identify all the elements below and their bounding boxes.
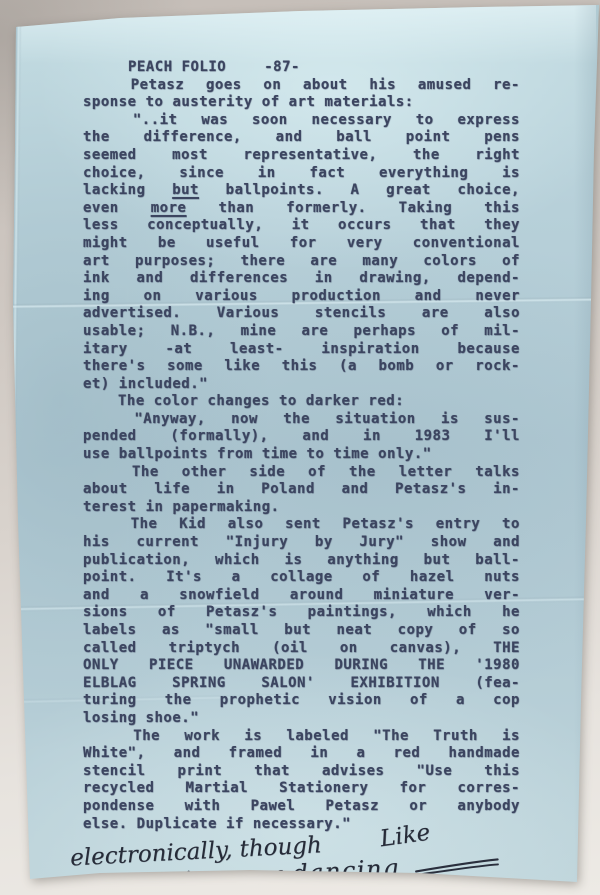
typed-word: labeled [286,728,349,746]
typed-word: pondense [83,798,154,816]
typed-word: situation [335,411,415,429]
typed-word: even [83,200,119,218]
typed-word: in [315,270,333,288]
typed-word: are [302,323,329,341]
typed-word: bomb [379,358,415,376]
typed-line: calledtriptych(oiloncanvas),THE [83,640,520,658]
typed-word: choice, [83,165,146,183]
typed-line: ingonvariousproductionandnever [83,288,520,306]
typed-line: Petaszgoesonabouthisamusedre- [83,77,520,95]
typed-word: Poland [261,481,315,499]
typed-line: inkanddifferencesindrawing,depend- [83,270,520,288]
typed-word: of [262,94,280,112]
typed-word: -at [165,341,192,359]
typed-word: anything [327,552,398,570]
typed-word: stencils [315,305,386,323]
typed-line: andasnowfieldaroundminiaturever- [83,587,520,605]
typed-word: express [457,112,520,130]
typed-line: advertised.Variousstencilsarealso [83,305,520,323]
typed-word: most [172,147,208,165]
typed-word: Truth [433,728,478,746]
typed-word: N.B., [171,323,216,341]
typed-word: from [217,446,253,464]
paper-shadow: PEACH FOLIO -87- Petaszgoesonabouthisamu… [0,0,600,895]
typed-word: of [441,323,459,341]
typed-word: the [83,129,110,147]
typed-line: evenmorethanformerly.Takingthis [83,200,520,218]
typed-word: which [427,604,472,622]
typed-word: about [83,481,128,499]
typed-line: sionsofPetasz'spaintings,whichhe [83,604,520,622]
typed-word: vision [328,692,382,710]
typed-word: nuts [484,569,520,587]
typed-word: It's [166,569,202,587]
typed-word: and [83,587,110,605]
paragraph-indent [83,516,109,534]
typed-word: if [226,816,244,834]
typed-word: that [420,217,456,235]
letter-page: PEACH FOLIO -87- Petaszgoesonabouthisamu… [0,0,600,895]
typed-word: Kid [179,516,206,534]
typed-word: inspiration [321,341,419,359]
typed-word: canvas), [390,640,461,658]
typed-word: or [436,358,454,376]
typed-word: Stationery [279,780,368,798]
fold-crease-vertical [6,24,21,870]
typed-word: miniature [374,587,454,605]
typed-word: advises [322,763,385,781]
typed-word: the [349,464,376,482]
typed-word: 1983 [415,428,451,446]
typed-word: materials: [324,94,413,112]
typed-word: be [158,235,176,253]
typed-word: and [415,288,442,306]
typed-word: of [308,464,326,482]
paragraph-indent [83,464,109,482]
typed-line: turingthepropheticvisionofacop [83,692,520,710]
typed-word: but [424,552,451,570]
typed-word: are [422,305,449,323]
typed-word: labels [83,622,137,640]
typed-word: they [484,217,520,235]
typed-word: Petasz's [206,604,277,622]
typed-word: choice, [457,182,520,200]
typed-word: snowfield [179,587,259,605]
typed-word: art [289,94,316,112]
typed-word: ELBLAG [83,675,137,693]
typed-word: color [154,393,199,411]
typed-word: and [136,270,163,288]
typed-word: hazel [410,569,455,587]
typed-line: "..itwassoonnecessarytoexpress [83,112,520,130]
typed-word: "Injury [226,534,289,552]
typed-word: Taking [399,200,453,218]
paragraph-indent [83,112,109,130]
typed-line: TheKidalsosentPetasz'sentryto [83,516,520,534]
typed-word: of [410,692,428,710]
typed-word: with [185,798,221,816]
paragraph-indent [83,728,109,746]
typed-word: various [195,288,258,306]
typed-word: letter [399,464,453,482]
typed-word: time [333,446,369,464]
typed-word: sponse [83,94,137,112]
typed-word: collage [270,569,333,587]
typed-word: pended [83,428,137,446]
typed-word: in [146,499,164,517]
typed-word: conceptually, [147,217,263,235]
typed-word: art [83,253,110,271]
typed-word: "small [205,622,259,640]
typed-word: in- [493,481,520,499]
typed-word: amused [418,77,472,95]
typed-word: austerity [172,94,252,112]
typed-word: The [131,516,158,534]
typed-word: his [83,534,110,552]
typed-word: to [416,112,434,130]
typed-word: necessary [312,112,392,130]
typed-word: on [340,640,358,658]
typed-word: changes [207,393,270,411]
typed-word: the [413,147,440,165]
typed-line: aboutlifeinPolandandPetasz'sin- [83,481,520,499]
typed-word: is [244,728,262,746]
typed-word: ing [83,288,110,306]
typed-word: Martial [186,780,249,798]
typed-word: everything [379,165,468,183]
typed-line: itary-atleast-inspirationbecause [83,341,520,359]
typed-line: pondensewithPawelPetaszoranybody [83,798,520,816]
typed-word: less [83,217,119,235]
typed-word: many [362,253,398,271]
typed-word: but [172,182,199,200]
typed-word: mine [241,323,277,341]
typed-line: "Anyway,nowthesituationissus- [83,411,520,429]
typed-word: (a [339,358,357,376]
typed-word: are [310,253,337,271]
typed-word: a [140,587,149,605]
typed-word: conventional [413,235,520,253]
typed-word: pens [484,129,520,147]
typed-word: to [279,393,297,411]
typed-word: The [133,728,160,746]
typed-word: was [201,112,228,130]
typed-word: ink [83,270,110,288]
typed-word: on [144,288,162,306]
typed-word: (fea- [475,675,520,693]
typed-word: fact [309,165,345,183]
typed-word: right [475,147,520,165]
typed-word: losing [83,710,137,728]
typed-word: sus- [484,411,520,429]
typed-word: THE [493,640,520,658]
typed-word: and [276,129,303,147]
typed-word: Petasz [131,77,185,95]
typed-word: is [441,411,459,429]
typed-word: difference, [144,129,242,147]
typed-word: terest [83,499,137,517]
typed-word: print [178,763,223,781]
typed-word: shoe." [146,710,200,728]
typed-word: this [484,200,520,218]
typed-word: than [219,200,255,218]
typed-word: more [151,200,187,218]
typed-word: DURING [334,657,388,675]
typed-word: this [484,763,520,781]
typed-word: stencil [83,763,146,781]
typed-word: occurs [338,217,392,235]
typed-word: included." [119,376,208,394]
typed-word: lacking [83,182,146,200]
typed-word: entry [436,516,481,534]
typed-word: Jury" [359,534,404,552]
typed-word: differences [190,270,288,288]
typed-word: ball [336,129,372,147]
typed-line: losingshoe." [83,710,520,728]
typed-word: because [457,341,520,359]
typed-word: neat [337,622,373,640]
typed-word: a [456,692,465,710]
page-title: PEACH FOLIO [128,59,226,77]
typed-word: to [146,94,164,112]
typed-word: or [409,798,427,816]
typed-line: White",andframedinaredhandmade [83,745,520,763]
typed-word: ONLY [83,657,119,675]
typed-word: talks [475,464,520,482]
typed-word: that [254,763,290,781]
typed-word: recycled [83,780,154,798]
typed-word: work [184,728,220,746]
typed-word: never [475,288,520,306]
typed-line: terestinpapermaking. [83,499,520,517]
typed-word: sent [285,516,321,534]
typed-word: ballpoints [119,446,208,464]
paper-right-shade [574,0,600,895]
typed-word: et) [83,376,110,394]
typed-text-block: PEACH FOLIO -87- Petaszgoesonabouthisamu… [83,59,520,833]
paragraph-indent [83,393,109,411]
typed-word: else. [83,816,128,834]
typed-word: but [284,622,311,640]
typed-word: depend- [457,270,520,288]
typed-word: framed [229,745,283,763]
typed-word: least- [230,341,284,359]
photo-background: PEACH FOLIO -87- Petaszgoesonabouthisamu… [0,0,600,895]
typed-line: lessconceptually,itoccursthatthey [83,217,520,235]
typed-line: mightbeusefulforveryconventional [83,235,520,253]
typed-word: around [290,587,344,605]
typed-word: also [484,305,520,323]
typed-word: The [118,393,145,411]
typed-word: Petasz [326,798,380,816]
typed-word: very [347,235,383,253]
typed-word: time [262,446,298,464]
typed-word: turing [83,692,137,710]
typed-word: since [179,165,224,183]
typed-word: and [493,534,520,552]
typed-word: ballpoints. [226,182,324,200]
typed-word: is [285,552,303,570]
typed-word: papermaking. [172,499,279,517]
typed-line: ONLYPIECEUNAWARDEDDURINGTHE'1980 [83,657,520,675]
typed-line: else.Duplicateifnecessary." [83,816,520,834]
paragraph-indent [83,77,109,95]
typed-line: useballpointsfromtimetotimeonly." [83,446,520,464]
typed-word: useful [206,235,260,253]
typed-word: there [241,253,286,271]
typed-word: side [249,464,285,482]
typed-word: rock- [475,358,520,376]
typed-word: and [302,428,329,446]
typed-word: Pawel [251,798,296,816]
typed-word: about [303,77,348,95]
typed-word: and [342,481,369,499]
typed-word: to [502,516,520,534]
typed-word: sions [83,604,128,622]
typed-word: current [136,534,199,552]
typed-line: pended(formally),andin1983I'll [83,428,520,446]
typed-line: publication,whichisanythingbutball- [83,552,520,570]
typed-word: SPRING [172,675,226,693]
typed-word: point [406,129,451,147]
typed-line: choice,sinceinfacteverythingis [83,165,520,183]
typed-word: as [162,622,180,640]
typed-word: a [356,745,365,763]
typed-word: of [362,569,380,587]
typed-word: itary [83,341,128,359]
typed-word: of [459,622,477,640]
typed-word: publication, [83,552,190,570]
typed-line: stencilprintthatadvises"Usethis [83,763,520,781]
typed-word: in [363,428,381,446]
typed-line: labelsas"smallbutneatcopyofso [83,622,520,640]
paper-top-highlight [10,4,596,64]
typed-word: on [263,77,281,95]
typed-word: and [174,745,201,763]
handwritten-dash-stroke [413,856,500,877]
typed-word: is [502,728,520,746]
typed-word: soon [252,112,288,130]
typed-line: hiscurrent"InjurybyJury"showand [83,534,520,552]
typed-word: '1980 [475,657,520,675]
typed-word: White", [83,745,146,763]
typed-line: artpurposes;therearemanycolorsof [83,253,520,271]
typed-word: mil- [484,323,520,341]
typed-word: it [292,217,310,235]
typed-word: perhaps [354,323,417,341]
typed-word: production [292,288,381,306]
typed-word: ball- [475,552,520,570]
typed-word: show [431,534,467,552]
typed-word: point. [83,569,137,587]
typed-word: red [394,745,421,763]
typed-word: advertised. [83,305,181,323]
typed-line: et)included." [83,376,520,394]
typed-word: by [315,534,333,552]
typed-word: also [228,516,264,534]
typed-word: corres- [457,780,520,798]
typed-line: ELBLAGSPRINGSALON'EXHIBITION(fea- [83,675,520,693]
typed-word: I'll [484,428,520,446]
typed-word: life [154,481,190,499]
typed-line: Theothersideofthelettertalks [83,464,520,482]
typed-word: anybody [457,798,520,816]
typed-word: The [132,464,159,482]
typed-word: this [282,358,318,376]
typed-line: Thecolorchangestodarkerred: [83,393,520,411]
typed-line: seemedmostrepresentative,theright [83,147,520,165]
typed-word: A [351,182,360,200]
typed-word: of [502,253,520,271]
typed-lines: Petaszgoesonabouthisamusedre-sponsetoaus… [83,77,520,834]
typed-word: which [215,552,260,570]
typed-word: purposes; [135,253,215,271]
typed-word: re- [493,77,520,95]
typed-word: "..it [133,112,178,130]
typed-word: in [258,165,276,183]
typed-word: is [502,165,520,183]
page-header: PEACH FOLIO -87- [83,59,520,77]
typed-line: Theworkislabeled"TheTruthis [83,728,520,746]
typed-line: there'ssomelikethis(abomborrock- [83,358,520,376]
typed-word: to [307,446,325,464]
typed-word: UNAWARDED [224,657,304,675]
typed-word: Various [217,305,280,323]
typed-word: for [290,235,317,253]
typed-word: drawing, [359,270,430,288]
typed-word: in [310,745,328,763]
typed-word: (oil [272,640,308,658]
typed-word: of [158,604,176,622]
typed-word: PIECE [149,657,194,675]
typed-word: prophetic [220,692,300,710]
typed-word: "Use [417,763,453,781]
typed-line: sponsetoausterityofartmaterials: [83,94,520,112]
typed-word: use [83,446,110,464]
typed-word: Petasz's [343,516,414,534]
typed-word: the [283,411,310,429]
typed-word: EXHIBITION [350,675,439,693]
typed-word: seemed [83,147,137,165]
typed-word: usable; [83,323,146,341]
typed-word: handmade [449,745,520,763]
typed-word: great [386,182,431,200]
typed-word: like [224,358,260,376]
typed-word: THE [418,657,445,675]
typed-word: the [165,692,192,710]
typed-word: other [182,464,227,482]
typed-line: recycledMartialStationeryforcorres- [83,780,520,798]
typed-word: red: [368,393,404,411]
typed-word: might [83,235,128,253]
typed-word: now [231,411,258,429]
paragraph-indent [83,411,109,429]
typed-line: thedifference,andballpointpens [83,129,520,147]
handwriting-text: Like [379,820,432,853]
typed-word: representative, [243,147,377,165]
typed-word: Petasz's [395,481,466,499]
typed-word: some [167,358,203,376]
typed-word: called [83,640,137,658]
typed-word: "Anyway, [134,411,205,429]
typed-word: darker [306,393,360,411]
typed-word: ver- [484,587,520,605]
typed-word: SALON' [261,675,315,693]
typed-word: "The [373,728,409,746]
page-number: -87- [264,59,300,77]
typed-word: in [217,481,235,499]
typed-line: usable;N.B.,mineareperhapsofmil- [83,323,520,341]
